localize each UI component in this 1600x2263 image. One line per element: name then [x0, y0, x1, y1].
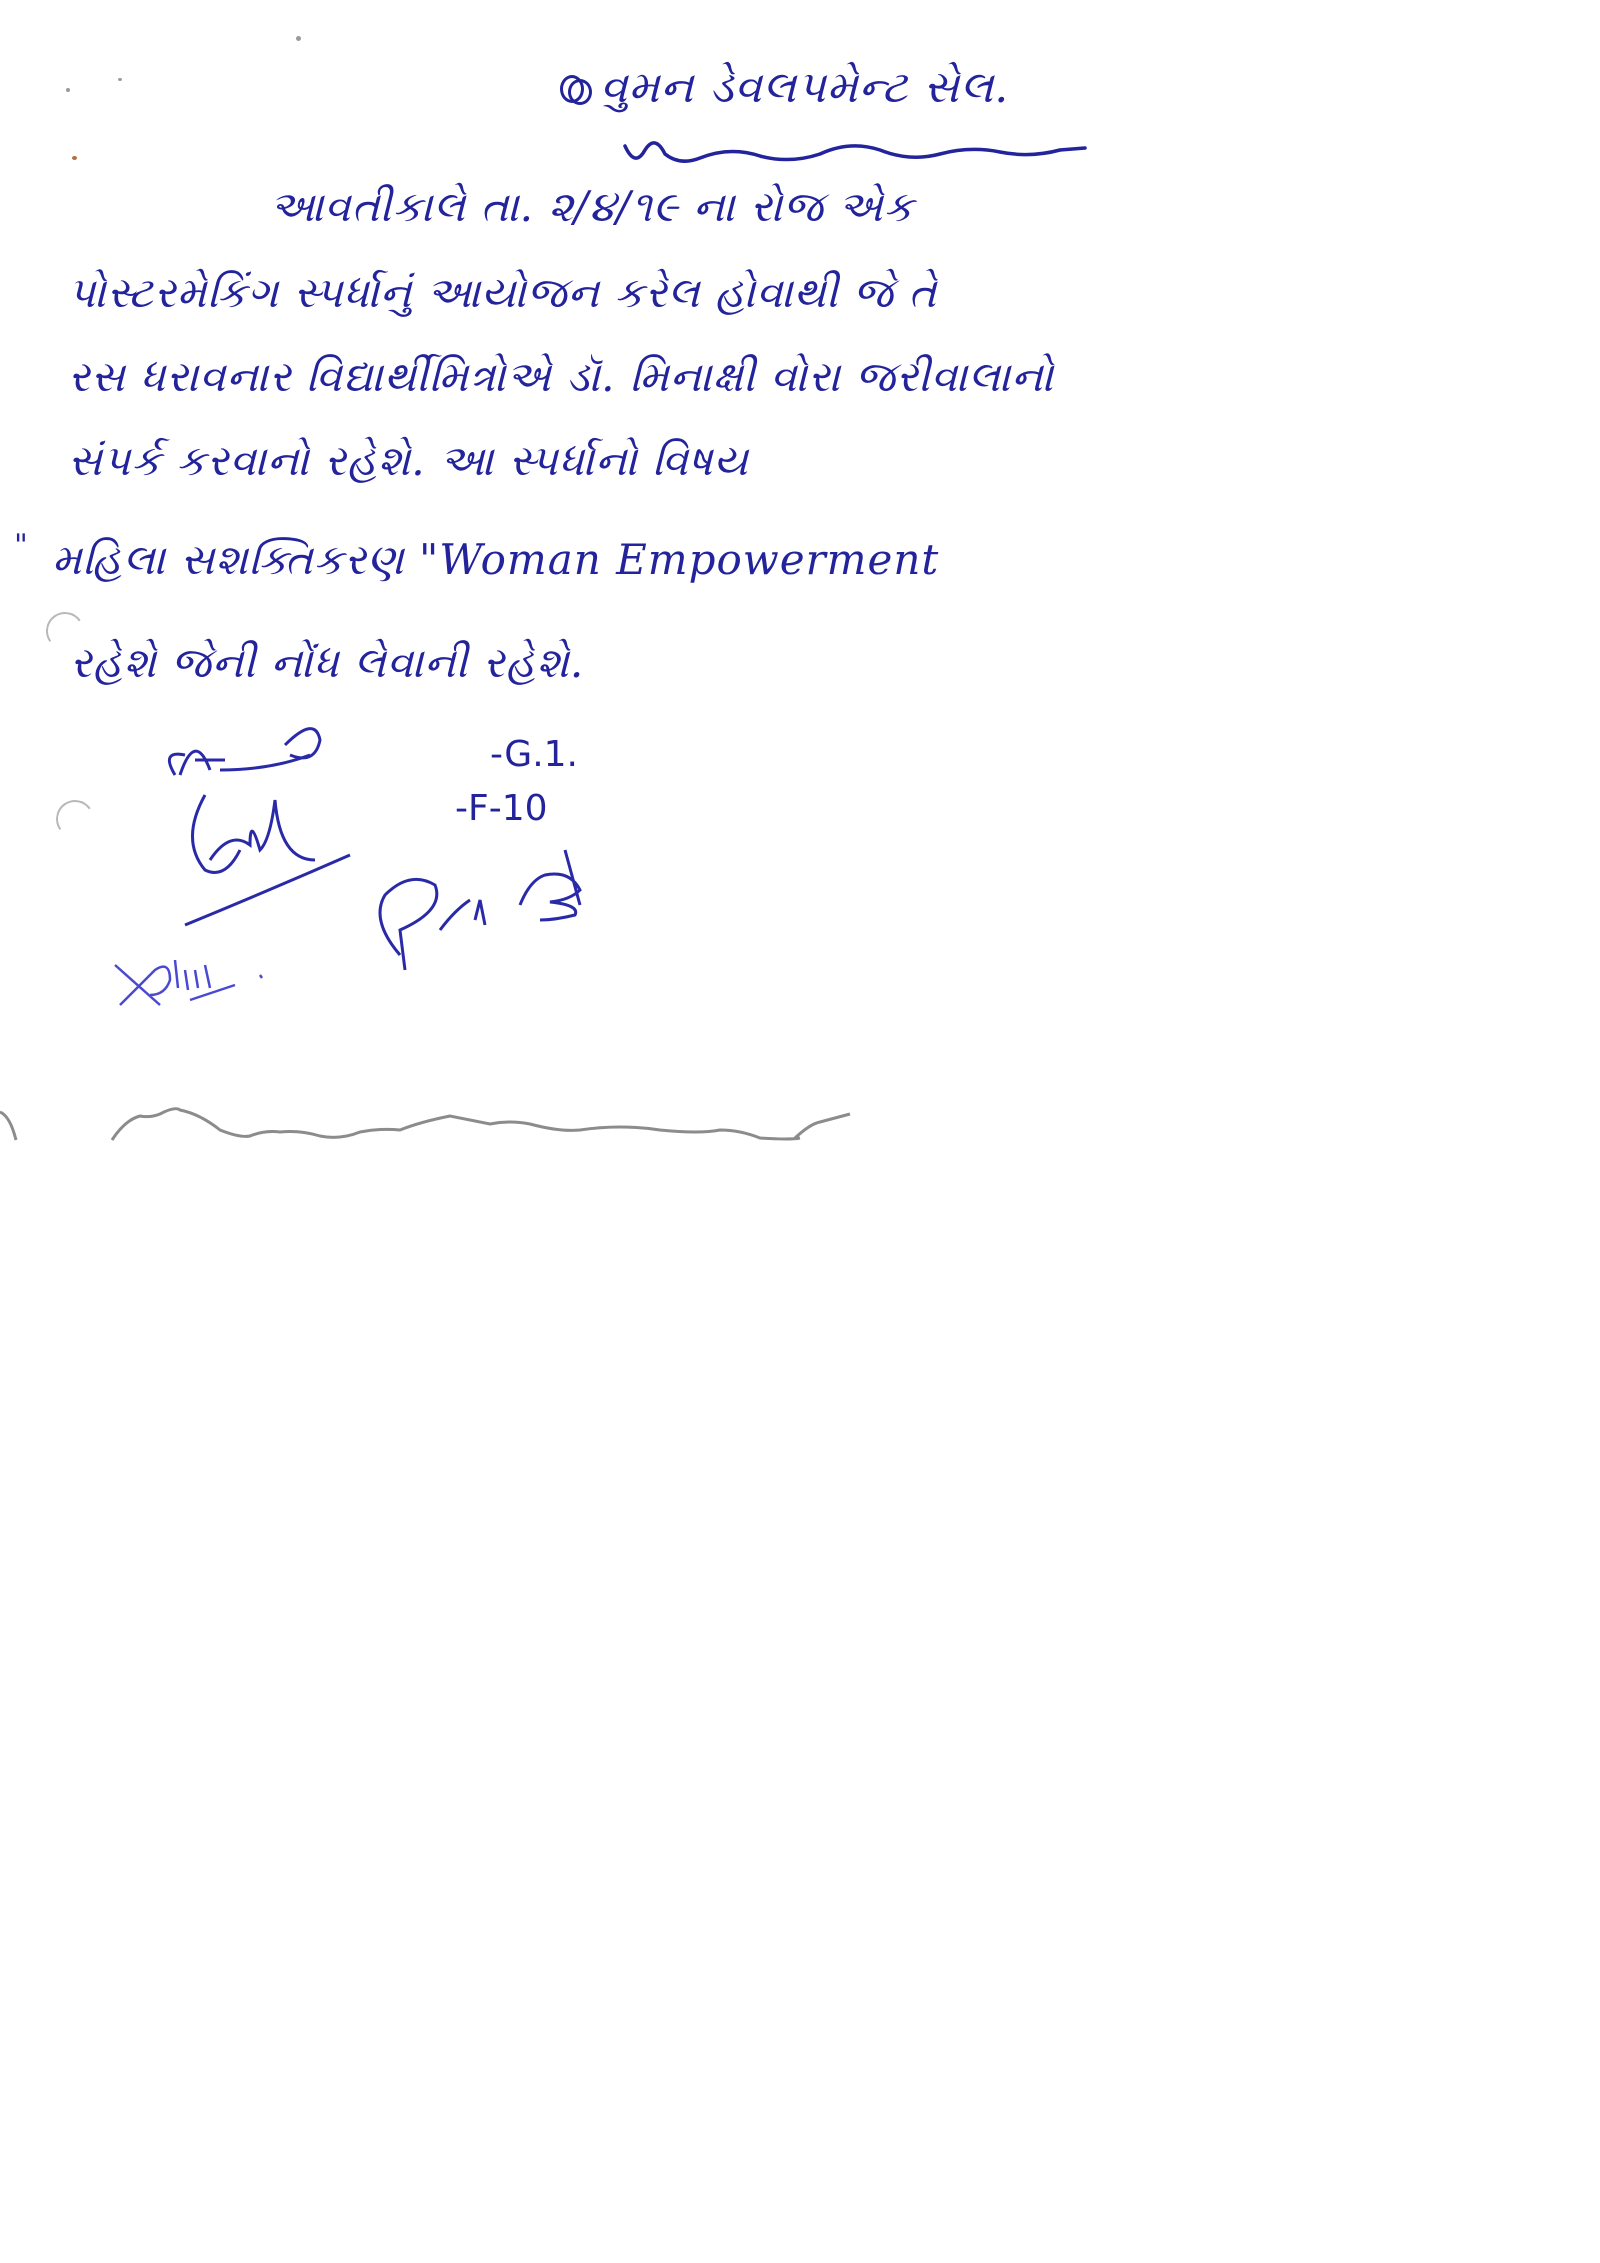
- body-line-6: રહેશે જેની નોંધ લેવાની રહેશે.: [70, 638, 584, 688]
- scan-speck: [296, 36, 301, 41]
- scanned-page: વુમન ડેવલપમેન્ટ સેલ. " આવતીકાલે તા. ૨/૪/…: [0, 0, 1600, 2263]
- body-line-3: રસ ધરાવનાર વિદ્યાર્થીમિત્રોએ ડૉ. મિનાક્ષ…: [68, 352, 1054, 402]
- signature-block: -G.1. -F-10: [100, 720, 700, 1020]
- handwritten-note: વુમન ડેવલપમેન્ટ સેલ. " આવતીકાલે તા. ૨/૪/…: [0, 0, 1600, 1150]
- body-line-4: સંપર્ક કરવાનો રહેશે. આ સ્પર્ધાનો વિષય: [68, 436, 749, 486]
- body-line-5: મહિલા સશક્તિકરણ "Woman Empowerment: [52, 535, 939, 585]
- heading-wavy-underline: [620, 136, 1090, 176]
- scan-speck: [66, 88, 70, 92]
- torn-paper-edge: [0, 1100, 1600, 1160]
- scan-speck: [72, 156, 77, 160]
- heading-text: વુમન ડેવલપમેન્ટ સેલ.: [600, 62, 1009, 113]
- quote-mark: ": [14, 528, 28, 563]
- notice-heading: વુમન ડેવલપમેન્ટ સેલ.: [560, 62, 1009, 113]
- signature-scribbles: [100, 720, 700, 1020]
- signature-annotation-2: -F-10: [455, 788, 548, 829]
- signature-annotation-1: -G.1.: [490, 734, 578, 775]
- body-line-1: આવતીકાલે તા. ૨/૪/૧૯ ના રોજ એક: [270, 182, 914, 232]
- body-line-2: પોસ્ટરમેકિંગ સ્પર્ધાનું આયોજન કરેલ હોવાથ…: [68, 268, 937, 318]
- emblem-icon: [560, 73, 590, 103]
- scan-speck: [118, 78, 122, 81]
- punch-hole-mark: [53, 797, 97, 841]
